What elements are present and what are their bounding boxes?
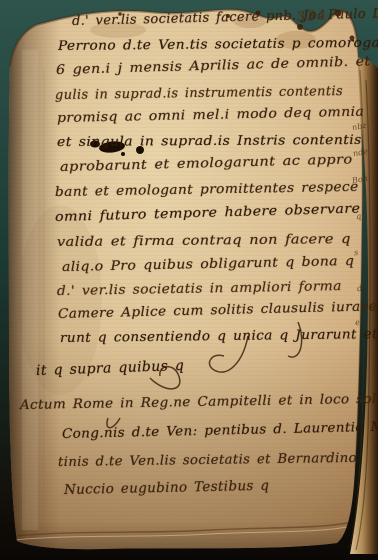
manuscript-line: tinis d.te Ven.lis societatis et Bernard… [58,452,357,469]
manuscript-photo: 334 d.' ver.lis societatis facere pnb. J… [0,0,378,560]
margin-note: e [354,318,360,328]
manuscript-line: Perrono d.te Ven.tis societatis p comoro… [58,36,378,53]
manuscript-line: gulis in suprad.is instrumentis contenti… [55,85,343,102]
manuscript-line: et singula in suprad.is Instris contenti… [57,134,362,149]
manuscript-line: runt q consentiendo q unica q Jurarunt e… [60,328,378,345]
manuscript-line: valida et firma contraq non facere q [57,233,351,249]
